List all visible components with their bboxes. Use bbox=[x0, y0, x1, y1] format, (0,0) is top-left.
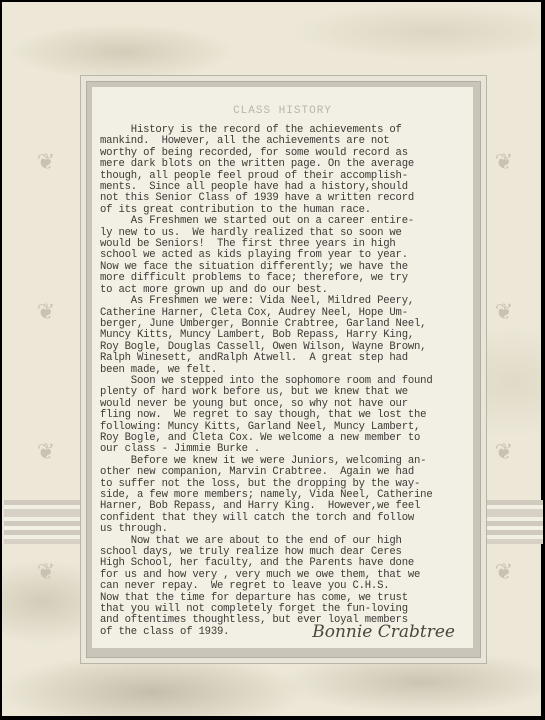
leaf-ornament-icon: ❦ bbox=[32, 152, 60, 174]
leaf-ornament-icon: ❦ bbox=[490, 152, 518, 174]
text-line: other new companion, Marvin Crabtree. Ag… bbox=[100, 467, 472, 478]
text-line: can never repay. We regret to leave you … bbox=[100, 581, 472, 592]
class-history-text: History is the record of the achievement… bbox=[100, 125, 472, 638]
leaf-ornament-icon: ❦ bbox=[32, 302, 60, 324]
text-line: more difficult problems to face; therefo… bbox=[100, 273, 472, 284]
typed-sheet: CLASS HISTORY History is the record of t… bbox=[92, 87, 473, 648]
text-line: fling now. We regret to say though, that… bbox=[100, 410, 472, 421]
page-title: CLASS HISTORY bbox=[92, 105, 473, 117]
leaf-ornament-icon: ❦ bbox=[32, 562, 60, 584]
text-line: As Freshmen we were: Vida Neel, Mildred … bbox=[100, 296, 472, 307]
signature: Bonnie Crabtree bbox=[312, 622, 455, 642]
leaf-ornament-icon: ❦ bbox=[490, 302, 518, 324]
leaf-ornament-icon: ❦ bbox=[32, 442, 60, 464]
text-line: Muncy Kitts, Muncy Lambert, Bob Repass, … bbox=[100, 330, 472, 341]
leaf-ornament-icon: ❦ bbox=[490, 562, 518, 584]
leaf-ornament-icon: ❦ bbox=[490, 442, 518, 464]
text-line: mere dark blots on the written page. On … bbox=[100, 159, 472, 170]
text-line: us through. bbox=[100, 524, 472, 535]
text-line: Ralph Winesett, andRalph Atwell. A great… bbox=[100, 353, 472, 364]
text-line: As Freshmen we started out on a career e… bbox=[100, 216, 472, 227]
